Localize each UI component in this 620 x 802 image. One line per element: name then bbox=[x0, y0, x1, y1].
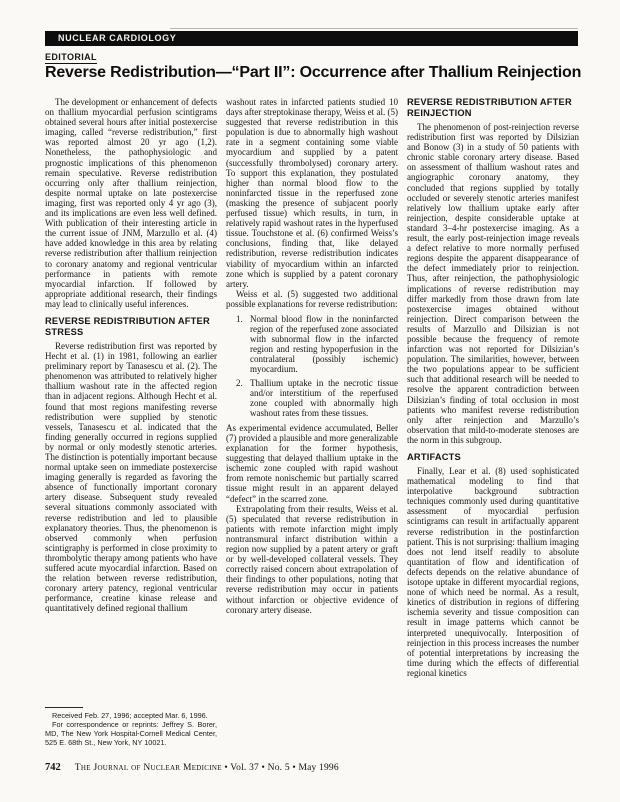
column-2: washout rates in infarcted patients stud… bbox=[226, 97, 398, 749]
column-3: REVERSE REDISTRIBUTION AFTER REINJECTION… bbox=[407, 97, 579, 749]
issue-info: • Vol. 37 • No. 5 • May 1996 bbox=[222, 763, 339, 773]
article-body: The development or enhancement of defect… bbox=[45, 97, 579, 749]
section-banner: NUCLEAR CARDIOLOGY bbox=[45, 31, 578, 46]
paragraph: Reverse redistribution first was reporte… bbox=[45, 341, 217, 614]
heading-reverse-redistribution-after-stress: REVERSE REDISTRIBUTION AFTER STRESS bbox=[45, 316, 217, 338]
section-banner-label: NUCLEAR CARDIOLOGY bbox=[58, 33, 176, 43]
page-number: 742 bbox=[45, 762, 61, 773]
list-item: 2. Thallium uptake in the necrotic tissu… bbox=[226, 378, 398, 418]
column-1-text: The development or enhancement of defect… bbox=[45, 97, 217, 703]
paragraph: The phenomenon of post-reinjection rever… bbox=[407, 122, 579, 445]
journal-name: The Journal of Nuclear Medicine bbox=[75, 763, 222, 773]
paragraph: Extrapolating from their results, Weiss … bbox=[226, 504, 398, 615]
numbered-list: 1. Normal blood flow in the noninfarcted… bbox=[226, 314, 398, 418]
list-item-number: 1. bbox=[236, 314, 243, 324]
heading-reverse-redistribution-after-reinjection: REVERSE REDISTRIBUTION AFTER REINJECTION bbox=[407, 97, 579, 119]
page-footer: 742The Journal of Nuclear Medicine • Vol… bbox=[45, 762, 578, 773]
list-item: 1. Normal blood flow in the noninfarcted… bbox=[226, 314, 398, 375]
list-item-number: 2. bbox=[236, 378, 243, 388]
paragraph: Finally, Lear et al. (8) used sophistica… bbox=[407, 466, 579, 678]
footnote-rule bbox=[45, 707, 83, 708]
scan-artifact-line bbox=[170, 28, 578, 29]
footnote-correspondence: For correspondence or reprints: Jeffrey … bbox=[45, 720, 217, 747]
journal-page: NUCLEAR CARDIOLOGY EDITORIAL Reverse Red… bbox=[0, 0, 620, 802]
paragraph: As experimental evidence accumulated, Be… bbox=[226, 423, 398, 504]
article-footnote: Received Feb. 27, 1996; accepted Mar. 6,… bbox=[45, 707, 217, 747]
list-item-text: Normal blood flow in the noninfarcted re… bbox=[250, 314, 398, 374]
footnote-received: Received Feb. 27, 1996; accepted Mar. 6,… bbox=[45, 711, 217, 720]
article-title: Reverse Redistribution—“Part II”: Occurr… bbox=[45, 64, 578, 82]
editorial-kicker: EDITORIAL bbox=[45, 52, 97, 64]
paragraph: The development or enhancement of defect… bbox=[45, 97, 217, 309]
paragraph: washout rates in infarcted patients stud… bbox=[226, 97, 398, 289]
column-1: The development or enhancement of defect… bbox=[45, 97, 217, 749]
list-item-text: Thallium uptake in the necrotic tissue a… bbox=[250, 378, 398, 418]
paragraph: Weiss et al. (5) suggested two additiona… bbox=[226, 289, 398, 309]
heading-artifacts: ARTIFACTS bbox=[407, 452, 579, 463]
